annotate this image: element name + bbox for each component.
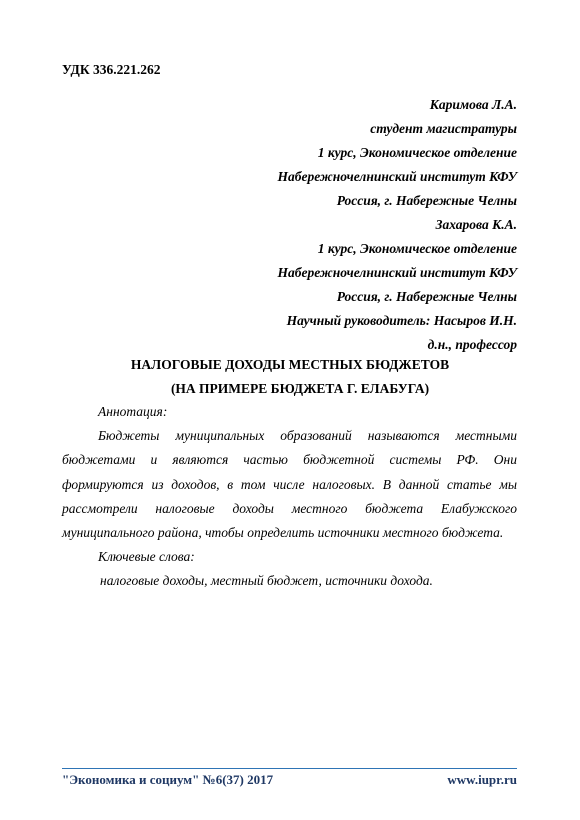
article-title: НАЛОГОВЫЕ ДОХОДЫ МЕСТНЫХ БЮДЖЕТОВ (НА ПР… [0,353,580,401]
page-footer: "Экономика и социум" №6(37) 2017 www.iup… [62,772,517,788]
keywords-label: Ключевые слова: [62,545,517,569]
author-name: Каримова Л.А. [278,93,517,117]
abstract-label: Аннотация: [62,400,517,424]
author-institution: Набережночелнинский институт КФУ [278,165,517,189]
journal-citation: "Экономика и социум" №6(37) 2017 [62,772,273,788]
abstract-text: Бюджеты муниципальных образований называ… [62,424,517,545]
author-block: Каримова Л.А. студент магистратуры 1 кур… [278,93,517,357]
keywords-text: налоговые доходы, местный бюджет, источн… [62,569,517,593]
author-name: Захарова К.А. [278,213,517,237]
author-course: 1 курс, Экономическое отделение [278,141,517,165]
title-line-1: НАЛОГОВЫЕ ДОХОДЫ МЕСТНЫХ БЮДЖЕТОВ [0,353,580,377]
udk-code: УДК 336.221.262 [62,62,161,78]
journal-website[interactable]: www.iupr.ru [447,772,517,788]
supervisor: Научный руководитель: Насыров И.Н. [278,309,517,333]
author-course: 1 курс, Экономическое отделение [278,237,517,261]
author-location: Россия, г. Набережные Челны [278,189,517,213]
title-line-2: (НА ПРИМЕРЕ БЮДЖЕТА Г. ЕЛАБУГА) [0,377,580,401]
author-institution: Набережночелнинский институт КФУ [278,261,517,285]
author-status: студент магистратуры [278,117,517,141]
footer-divider [62,768,517,769]
author-location: Россия, г. Набережные Челны [278,285,517,309]
article-body: Аннотация: Бюджеты муниципальных образов… [62,400,517,594]
